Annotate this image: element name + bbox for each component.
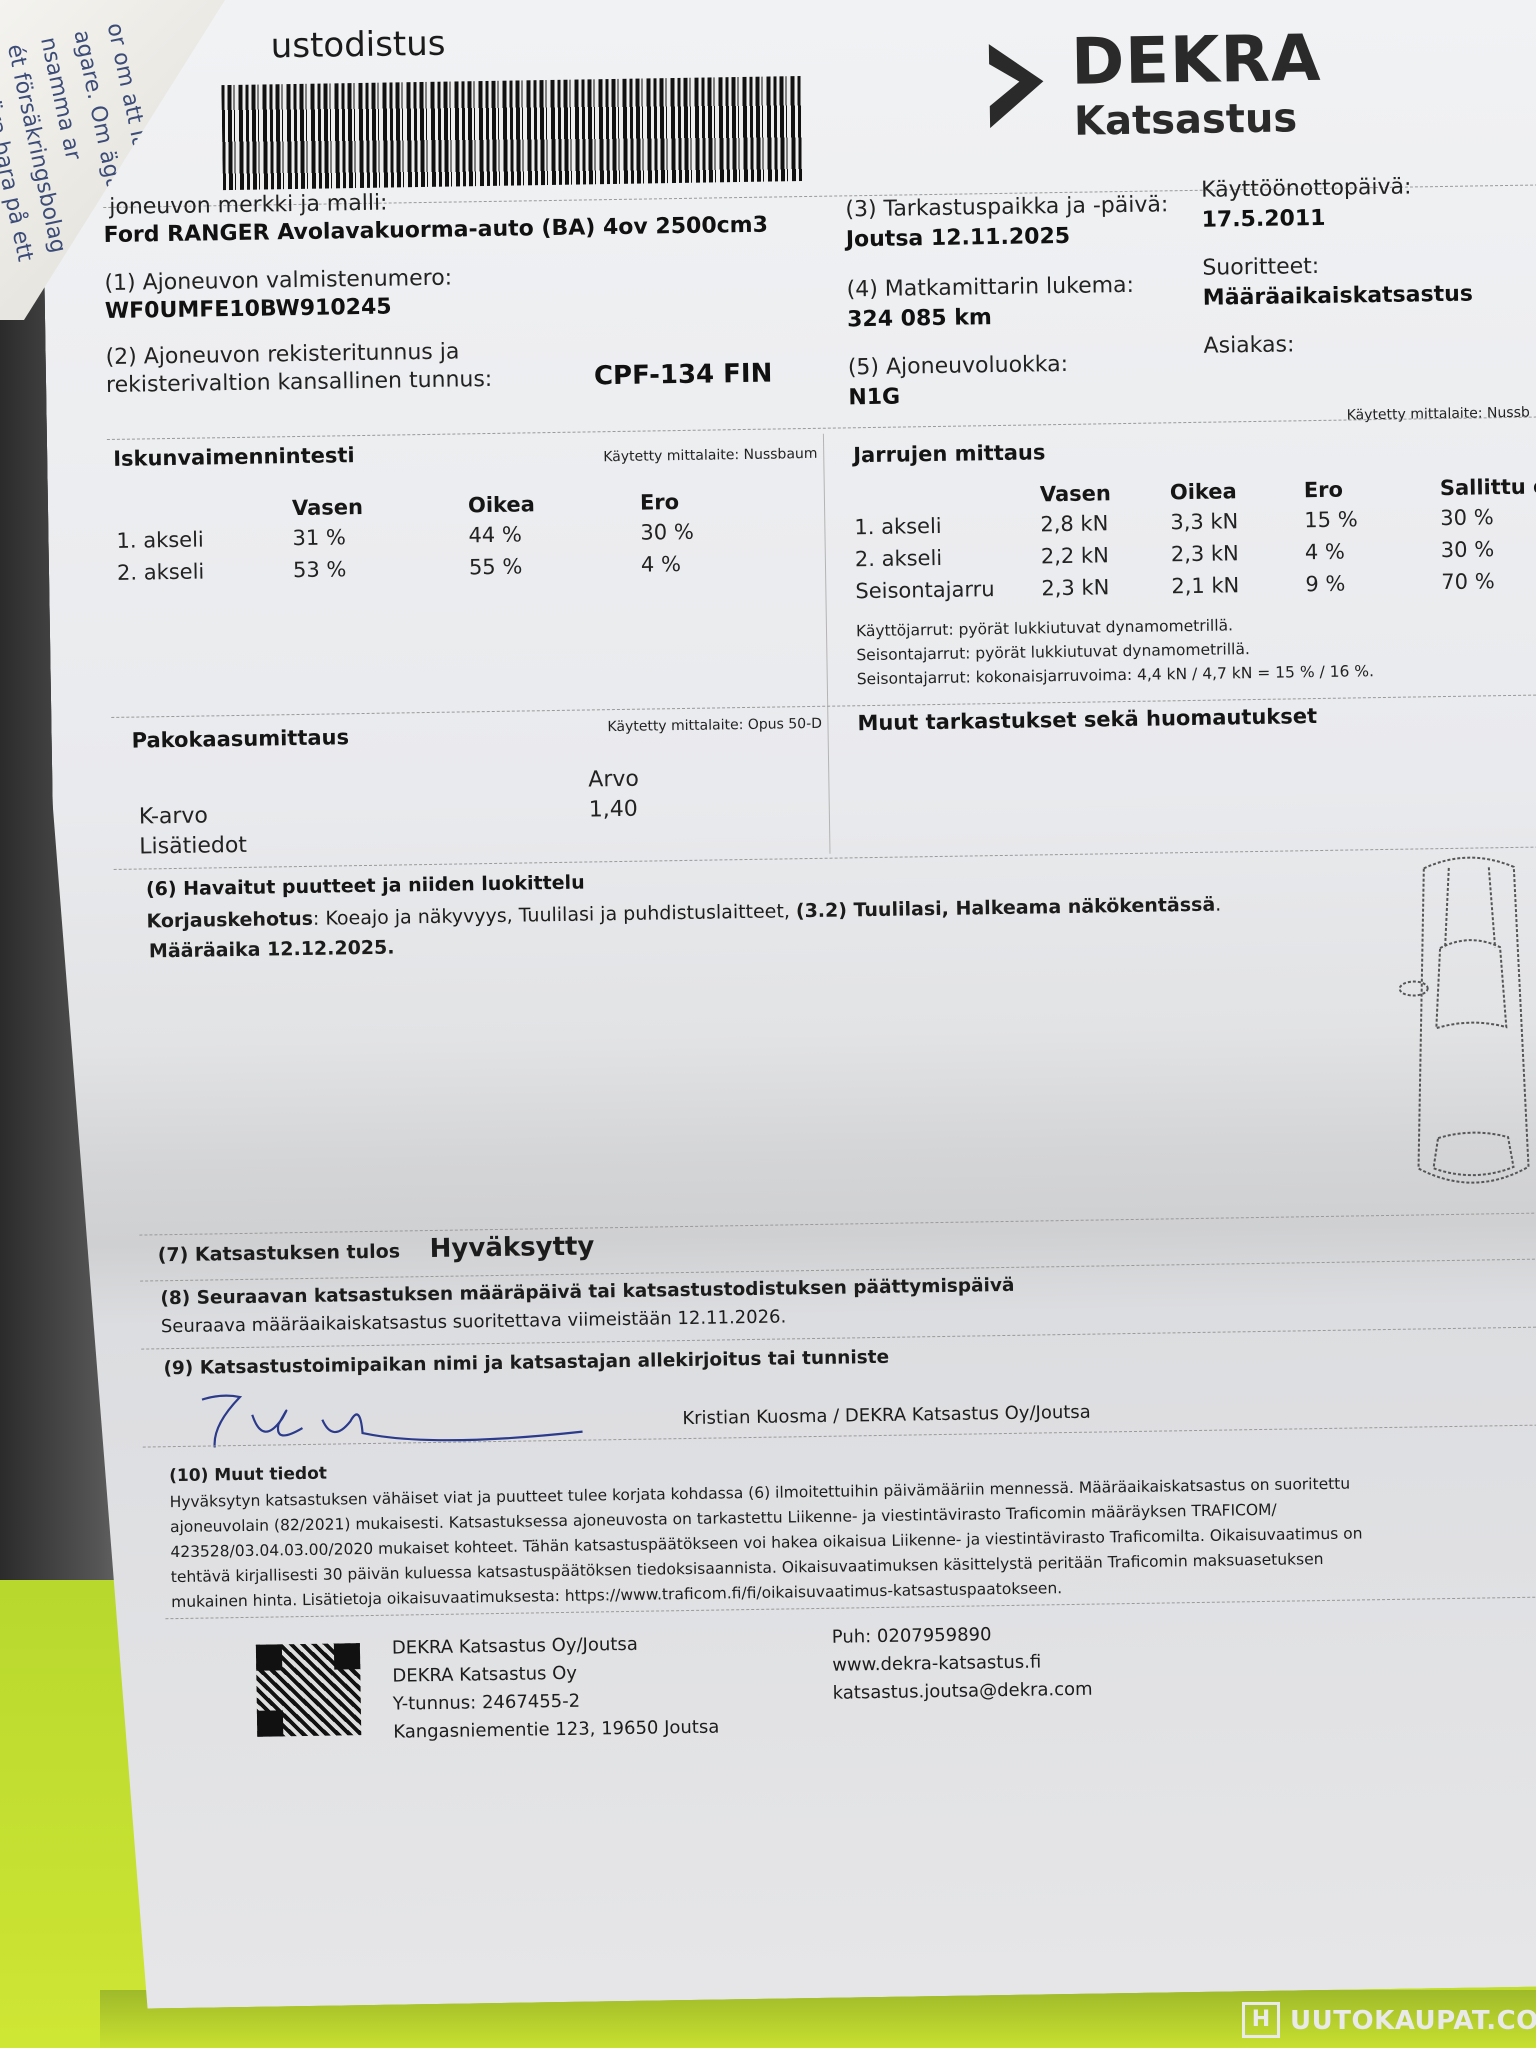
- vin-label: (1) Ajoneuvon valmistenumero:: [104, 266, 452, 296]
- reg-label-line1: (2) Ajoneuvon rekisteritunnus ja: [105, 339, 459, 370]
- vehicle-class-label: (5) Ajoneuvoluokka:: [848, 352, 1069, 380]
- vehicle-class-value: N1G: [848, 385, 900, 411]
- brake-test-title: Jarrujen mittaus: [853, 440, 1045, 467]
- next-inspection-text: Seuraava määräaikaiskatsastus suoritetta…: [161, 1306, 787, 1337]
- brake-test-cell: 15 %: [1304, 502, 1440, 536]
- make-model-label: joneuvon merkki ja malli:: [109, 191, 388, 220]
- defect-item: (3.2) Tuulilasi, Halkeama näkökentässä: [796, 894, 1216, 923]
- brake-test-cell: 9 %: [1305, 566, 1441, 600]
- shock-test-table: VasenOikeaEro 1. akseli31 %44 %30 %2. ak…: [116, 487, 761, 589]
- result-value: Hyväksytty: [429, 1231, 594, 1264]
- brake-test-cell: 2,2 kN: [1041, 538, 1171, 572]
- reg-label-line2: rekisterivaltion kansallinen tunnus:: [106, 367, 493, 398]
- brake-test-header-3: Ero: [1304, 474, 1440, 504]
- registration-number: CPF-134 FIN: [594, 359, 773, 392]
- brake-test-cell: 2,1 kN: [1171, 568, 1305, 602]
- qr-code: [256, 1643, 361, 1737]
- brake-test-cell: 1. akseli: [854, 508, 1040, 543]
- company-line: Kangasniementie 123, 19650 Joutsa: [393, 1714, 719, 1747]
- brake-test-cell: 3,3 kN: [1170, 504, 1304, 538]
- brake-test-header-1: Vasen: [1040, 478, 1170, 508]
- brake-test-cell: 2,8 kN: [1040, 506, 1170, 540]
- certificate-title: ustodistus: [270, 24, 445, 67]
- defect-deadline: Määräaika 12.12.2025.: [149, 937, 395, 963]
- contact-line: www.dekra-katsastus.fi: [832, 1648, 1092, 1680]
- shock-test-header-0: [116, 494, 292, 525]
- other-checks-title: Muut tarkastukset sekä huomautukset: [857, 704, 1317, 735]
- place-date-label: (3) Tarkastuspaikka ja -päivä:: [845, 192, 1168, 222]
- next-inspection-title: (8) Seuraavan katsastuksen määräpäivä ta…: [160, 1275, 1014, 1309]
- barcode: [221, 76, 803, 190]
- customer-label: Asiakas:: [1203, 332, 1294, 358]
- shock-test-header-2: Oikea: [468, 489, 640, 520]
- place-date-value: Joutsa 12.11.2025: [846, 224, 1071, 253]
- result-label: (7) Katsastuksen tulos: [158, 1241, 401, 1267]
- defect-kind: Korjauskehotus: [146, 908, 313, 933]
- k-value: 1,40: [589, 797, 638, 823]
- exhaust-extra-label: Lisätiedot: [139, 833, 247, 860]
- shock-test-header-1: Vasen: [292, 491, 468, 522]
- brake-test-cell: 4 %: [1305, 534, 1441, 568]
- inspector-name: Kristian Kuosma / DEKRA Katsastus Oy/Jou…: [682, 1402, 1091, 1429]
- car-diagram-icon: [1394, 846, 1536, 1208]
- brand-name: DEKRA: [1071, 22, 1322, 100]
- brake-test-header-4: Sallittu e: [1440, 472, 1536, 502]
- brake-test-device: Käytetty mittalaite: Nussb: [1347, 405, 1530, 424]
- other-info-title: (10) Muut tiedot: [169, 1464, 327, 1486]
- brake-test-cell: 2. akseli: [855, 540, 1041, 575]
- defect-text: : Koeajo ja näkyvyys, Tuulilasi ja puhdi…: [313, 900, 796, 930]
- shock-test-cell: 30 %: [640, 515, 760, 549]
- odometer-label: (4) Matkamittarin lukema:: [846, 273, 1134, 303]
- performed-value: Määräaikaiskatsastus: [1203, 282, 1473, 311]
- shock-test-cell: 2. akseli: [117, 554, 293, 589]
- dekra-logo-icon: [981, 39, 1052, 130]
- brake-test-table: VasenOikeaEroSallittu e 1. akseli2,8 kN3…: [854, 472, 1536, 607]
- brake-notes: Käyttöjarrut: pyörät lukkiutuvat dynamom…: [856, 611, 1374, 691]
- shock-test-title: Iskunvaimennintesti: [113, 443, 355, 471]
- shock-test-cell: 53 %: [293, 551, 469, 586]
- first-use-label: Käyttöönottopäivä:: [1201, 174, 1412, 202]
- signature-title: (9) Katsastustoimipaikan nimi ja katsast…: [163, 1347, 889, 1379]
- shock-test-device: Käytetty mittalaite: Nussbaum: [603, 446, 817, 465]
- brake-test-header-2: Oikea: [1170, 476, 1304, 506]
- defects-line: Korjauskehotus: Koeajo ja näkyvyys, Tuul…: [146, 894, 1221, 933]
- vin-value: WF0UMFE10BW910245: [105, 295, 392, 325]
- brake-test-cell: 2,3 kN: [1041, 570, 1171, 604]
- shock-test-cell: 55 %: [469, 549, 641, 584]
- brand-subtitle: Katsastus: [1074, 95, 1298, 144]
- inspection-certificate: ustodistus DEKRA Katsastus joneuvon merk…: [40, 0, 1536, 2010]
- exhaust-title: Pakokaasumittaus: [131, 725, 349, 752]
- brake-test-header-0: [854, 480, 1040, 511]
- k-value-label: K-arvo: [139, 803, 208, 829]
- exhaust-device: Käytetty mittalaite: Opus 50-D: [607, 716, 822, 735]
- contact-line: katsastus.joutsa@dekra.com: [832, 1676, 1092, 1708]
- performed-label: Suoritteet:: [1202, 254, 1319, 281]
- brake-test-cell: 30 %: [1440, 500, 1536, 534]
- shock-test-cell: 44 %: [468, 517, 640, 552]
- shock-test-header-3: Ero: [640, 487, 760, 517]
- shock-test-cell: 31 %: [292, 519, 468, 554]
- first-use-value: 17.5.2011: [1201, 206, 1325, 233]
- contact-line: Puh: 0207959890: [832, 1620, 1092, 1652]
- defects-title: (6) Havaitut puutteet ja niiden luokitte…: [146, 872, 585, 901]
- contact-info: Puh: 0207959890www.dekra-katsastus.fikat…: [832, 1620, 1093, 1708]
- watermark-logo-icon: H: [1242, 2002, 1280, 2038]
- watermark-text: UUTOKAUPAT.COM: [1290, 2006, 1536, 2036]
- brake-test-cell: Seisontajarru: [855, 572, 1041, 607]
- brake-test-cell: 30 %: [1441, 532, 1536, 566]
- shock-test-cell: 4 %: [641, 547, 761, 581]
- brake-test-cell: 2,3 kN: [1171, 536, 1305, 570]
- other-info-text: Hyväksytyn katsastuksen vähäiset viat ja…: [169, 1468, 1536, 1615]
- odometer-value: 324 085 km: [847, 305, 992, 332]
- brake-test-cell: 70 %: [1441, 564, 1536, 598]
- exhaust-value-header: Arvo: [588, 767, 639, 793]
- company-info: DEKRA Katsastus Oy/JoutsaDEKRA Katsastus…: [392, 1630, 720, 1747]
- shock-test-cell: 1. akseli: [116, 522, 292, 557]
